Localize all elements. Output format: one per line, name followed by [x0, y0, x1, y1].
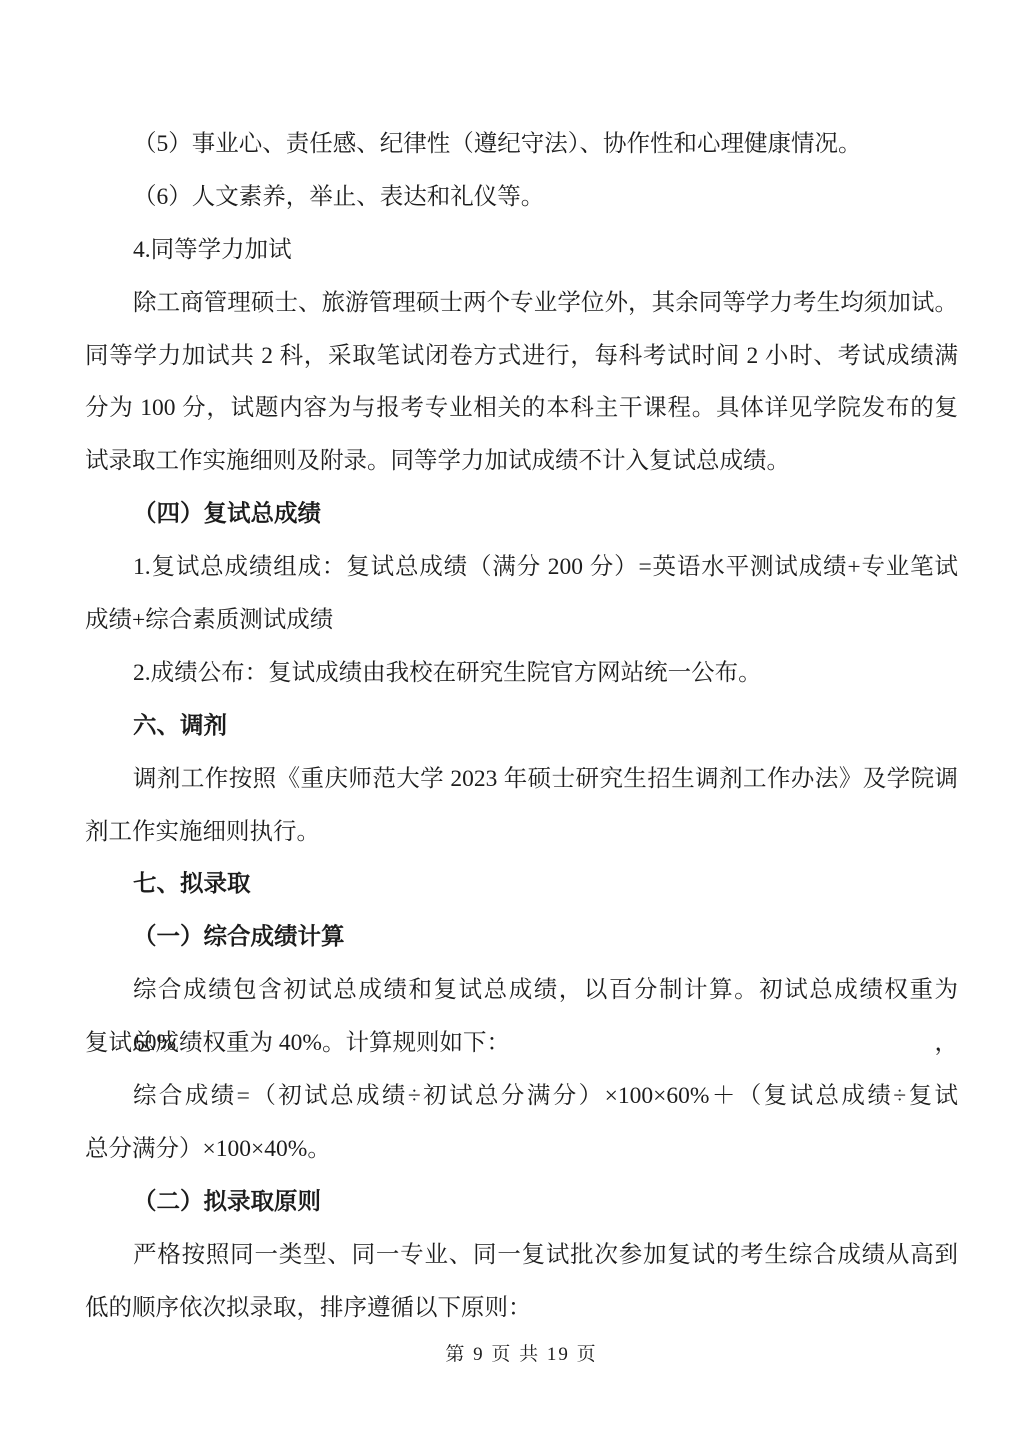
section-heading-proposed-admission: 七、拟录取 — [85, 858, 958, 911]
paragraph-line: 剂工作实施细则执行。 — [85, 806, 958, 859]
subsection-heading-comprehensive-score: （一）综合成绩计算 — [85, 911, 958, 964]
paragraph-line: 1.复试总成绩组成：复试总成绩（满分 200 分）=英语水平测试成绩+专业笔试 — [85, 541, 958, 594]
paragraph-line: 试录取工作实施细则及附录。同等学力加试成绩不计入复试总成绩。 — [85, 435, 958, 488]
subsection-4-heading: 4.同等学力加试 — [85, 224, 958, 277]
document-text-block: （5）事业心、责任感、纪律性（遵纪守法）、协作性和心理健康情况。 （6）人文素养… — [85, 118, 958, 1334]
paragraph-line: 低的顺序依次拟录取，排序遵循以下原则： — [85, 1282, 958, 1335]
paragraph-line: 严格按照同一类型、同一专业、同一复试批次参加复试的考生综合成绩从高到 — [85, 1229, 958, 1282]
footer-page-number: 第 9 页 共 19 页 — [85, 1342, 958, 1368]
formula-line: 综合成绩=（初试总成绩÷初试总分满分）×100×60%＋（复试总成绩÷复试 — [85, 1070, 958, 1123]
paragraph-line: 除工商管理硕士、旅游管理硕士两个专业学位外，其余同等学力考生均须加试。 — [85, 277, 958, 330]
document-page: （5）事业心、责任感、纪律性（遵纪守法）、协作性和心理健康情况。 （6）人文素养… — [0, 0, 1024, 1448]
paragraph-line: 分为 100 分，试题内容为与报考专业相关的本科主干课程。具体详见学院发布的复 — [85, 382, 958, 435]
paragraph-line: 调剂工作按照《重庆师范大学 2023 年硕士研究生招生调剂工作办法》及学院调 — [85, 753, 958, 806]
section-heading-adjustment: 六、调剂 — [85, 700, 958, 753]
list-item-6: （6）人文素养，举止、表达和礼仪等。 — [85, 171, 958, 224]
paragraph-line: 2.成绩公布：复试成绩由我校在研究生院官方网站统一公布。 — [85, 647, 958, 700]
paragraph-line: 综合成绩包含初试总成绩和复试总成绩，以百分制计算。初试总成绩权重为 60%， — [85, 964, 958, 1017]
subsection-heading-admission-principles: （二）拟录取原则 — [85, 1176, 958, 1229]
list-item-5: （5）事业心、责任感、纪律性（遵纪守法）、协作性和心理健康情况。 — [85, 118, 958, 171]
section-heading-retest-total-score: （四）复试总成绩 — [85, 488, 958, 541]
paragraph-line: 同等学力加试共 2 科，采取笔试闭卷方式进行，每科考试时间 2 小时、考试成绩满 — [85, 330, 958, 383]
paragraph-line: 成绩+综合素质测试成绩 — [85, 594, 958, 647]
formula-line: 总分满分）×100×40%。 — [85, 1123, 958, 1176]
